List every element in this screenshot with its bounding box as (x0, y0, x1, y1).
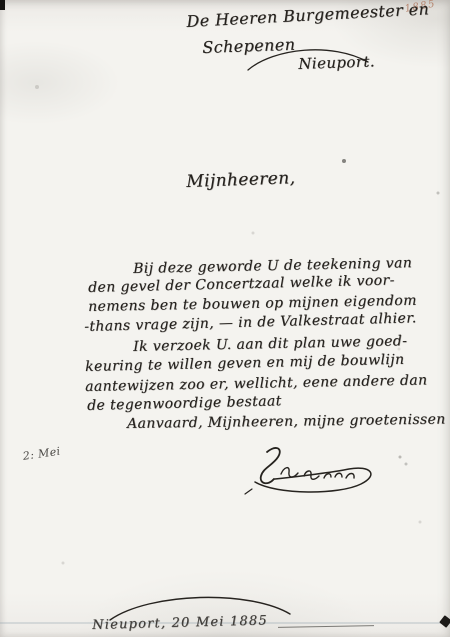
paper-specks (0, 0, 2, 2)
signature-scribble (237, 442, 387, 500)
closing-line: Aanvaard, Mijnheeren, mijne groetenissen (127, 412, 446, 432)
salutation: Mijnheeren, (186, 168, 296, 192)
margin-note: 2: Mei (22, 445, 61, 463)
scanned-letter-page: 1885 De Heeren Burgemeester en Schepenen… (0, 0, 450, 637)
dateline: Nieuport, 20 Mei 1885 (92, 613, 268, 633)
dateline-stroke (278, 625, 374, 628)
body-line-8: de tegenwoordige bestaat (87, 393, 282, 414)
body-line-7: aantewijzen zoo er, wellicht, eene ander… (85, 372, 428, 395)
body-line-6: keuring te willen geven en mij de bouwli… (85, 352, 405, 375)
address-place: Nieuport. (298, 52, 375, 73)
address-line-1: De Heeren Burgemeester en (186, 0, 430, 31)
scan-edge-mark (439, 615, 450, 628)
